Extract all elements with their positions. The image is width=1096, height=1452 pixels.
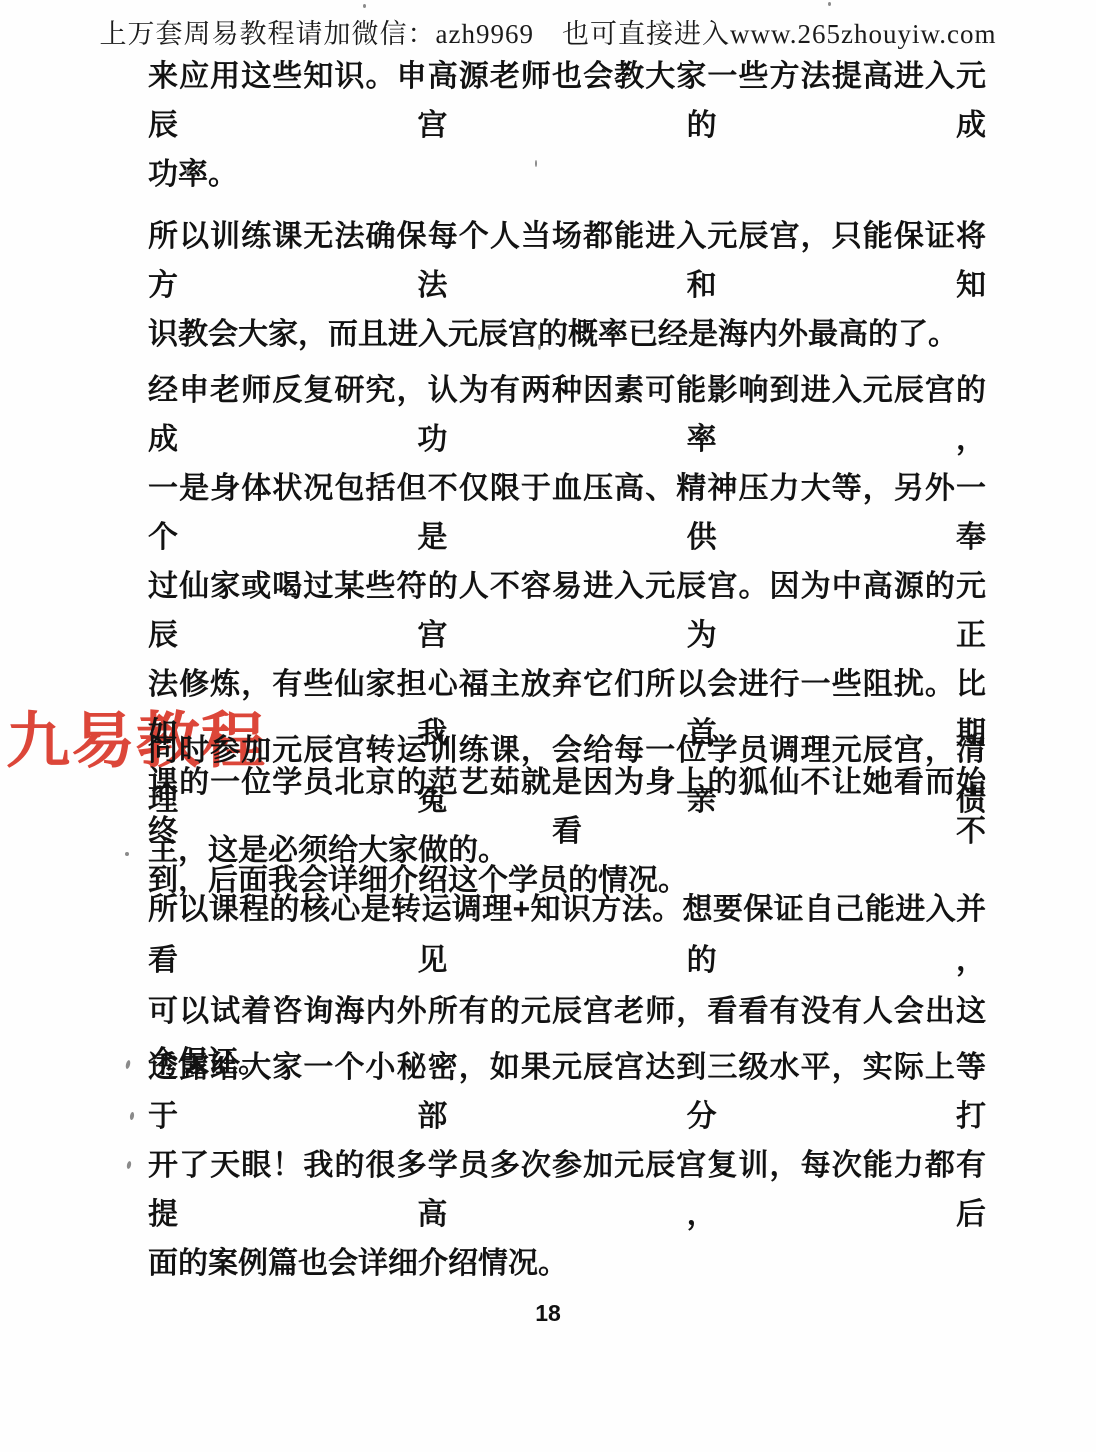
paragraph-1: 来应用这些知识。申高源老师也会教大家一些方法提高进入元辰宫的成 功率。	[148, 52, 986, 199]
scan-noise	[125, 852, 129, 856]
promo-header-text: 上万套周易教程请加微信：azh9969 也可直接进入www.265zhouyiw…	[0, 12, 1096, 51]
paragraph-6: 透露给大家一个小秘密，如果元辰宫达到三级水平，实际上等于部分打 开了天眼！我的很…	[148, 1043, 986, 1288]
paragraph-line: 面的案例篇也会详细介绍情况。	[148, 1239, 986, 1288]
paragraph-line: 同时参加元辰宫转运训练课，会给每一位学员调理元辰宫，清理冤亲债	[148, 726, 986, 826]
scan-noise	[363, 4, 366, 8]
paragraph-line: 开了天眼！我的很多学员多次参加元辰宫复训，每次能力都有提高，后	[148, 1141, 986, 1239]
scan-noise	[186, 170, 190, 174]
paragraph-line: 主，这是必须给大家做的。	[148, 826, 986, 876]
paragraph-line: 功率。	[148, 150, 986, 199]
page-number: 18	[0, 1300, 1096, 1327]
scan-noise	[538, 344, 541, 350]
paragraph-4: 同时参加元辰宫转运训练课，会给每一位学员调理元辰宫，清理冤亲债 主，这是必须给大…	[148, 726, 986, 876]
paragraph-line: 过仙家或喝过某些符的人不容易进入元辰宫。因为中高源的元辰宫为正	[148, 562, 986, 660]
scanned-document-page: 上万套周易教程请加微信：azh9969 也可直接进入www.265zhouyiw…	[0, 0, 1096, 1452]
paragraph-line: 识教会大家，而且进入元辰宫的概率已经是海内外最高的了。	[148, 310, 986, 359]
scan-noise	[535, 160, 537, 167]
scan-noise	[125, 1060, 131, 1070]
scan-noise	[129, 1112, 134, 1121]
paragraph-line: 来应用这些知识。申高源老师也会教大家一些方法提高进入元辰宫的成	[148, 52, 986, 150]
paragraph-line: 经申老师反复研究，认为有两种因素可能影响到进入元辰宫的成功率，	[148, 366, 986, 464]
scan-noise	[828, 2, 831, 6]
paragraph-line: 透露给大家一个小秘密，如果元辰宫达到三级水平，实际上等于部分打	[148, 1043, 986, 1141]
paragraph-line: 所以训练课无法确保每个人当场都能进入元辰宫，只能保证将方法和知	[148, 212, 986, 310]
scan-noise	[126, 1161, 132, 1170]
paragraph-line: 所以课程的核心是转运调理+知识方法。想要保证自己能进入并看见的，	[148, 884, 986, 986]
paragraph-2: 所以训练课无法确保每个人当场都能进入元辰宫，只能保证将方法和知 识教会大家，而且…	[148, 212, 986, 359]
paragraph-line: 一是身体状况包括但不仅限于血压高、精神压力大等，另外一个是供奉	[148, 464, 986, 562]
